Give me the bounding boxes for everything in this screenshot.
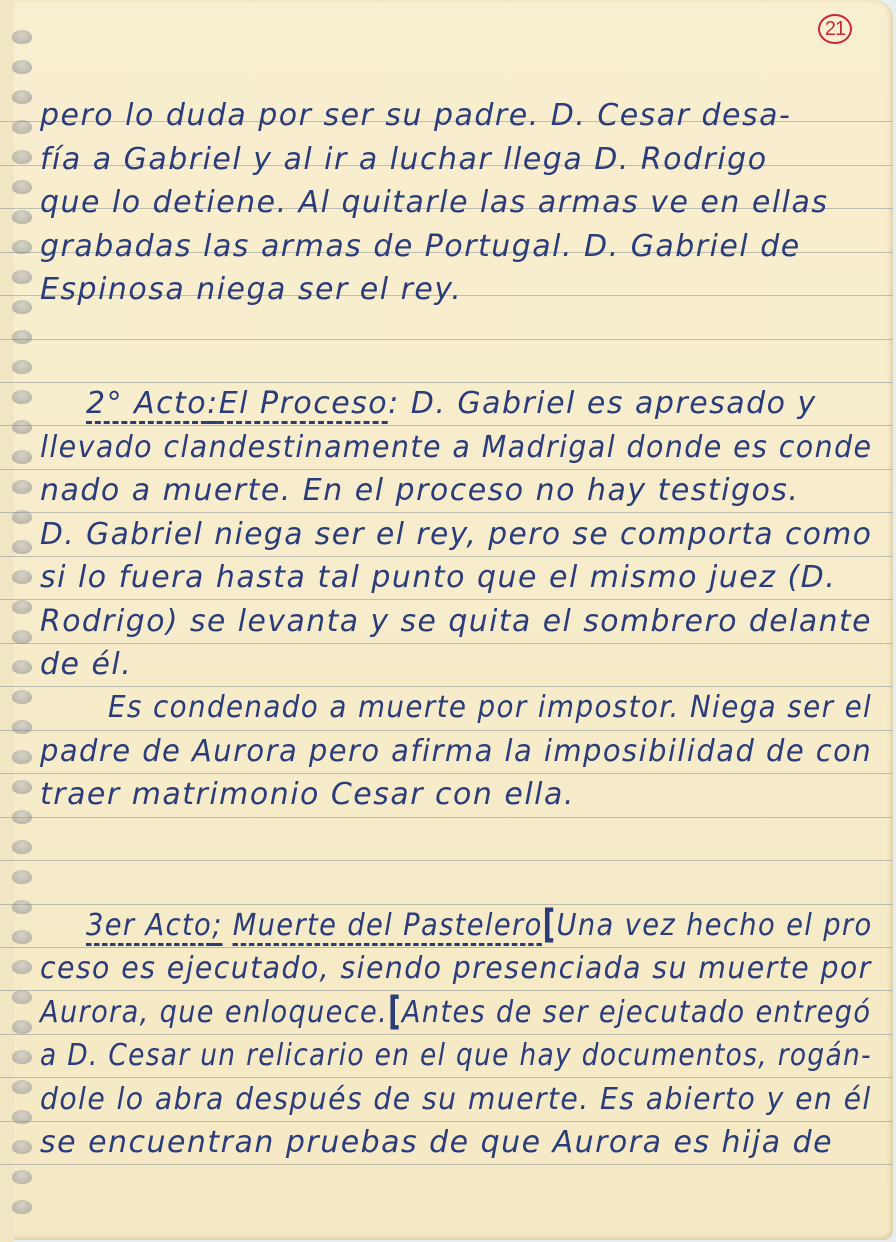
notebook-page: 21 pero lo duda por ser su padre. D. Ces… <box>0 0 893 1240</box>
hole <box>12 450 32 464</box>
text-line: si lo fuera hasta tal punto que el mismo… <box>40 558 872 598</box>
text-line: nado a muerte. En el proceso no hay test… <box>40 471 872 511</box>
act2-text: D. Gabriel es apresado y <box>400 386 817 421</box>
text-line: ceso es ejecutado, siendo presenciada su… <box>40 949 827 989</box>
hole <box>12 1080 32 1094</box>
hole <box>12 240 32 254</box>
text-line: grabadas las armas de Portugal. D. Gabri… <box>40 227 872 267</box>
hole <box>12 930 32 944</box>
hole <box>12 540 32 554</box>
act3-text: Una vez hecho el pro <box>557 908 873 943</box>
act2-title: El Proceso <box>219 386 388 421</box>
hole <box>12 510 32 524</box>
hole <box>12 570 32 584</box>
hole <box>12 690 32 704</box>
act3-label: 3er Acto <box>86 908 212 943</box>
act3-sep: ; <box>212 908 223 943</box>
hole <box>12 390 32 404</box>
hole <box>12 480 32 494</box>
page-number: 21 <box>818 14 852 44</box>
act2-sep2: : <box>388 386 400 421</box>
aurora-line: Aurora, que enloquece.[Antes de ser ejec… <box>40 993 795 1033</box>
text-line: fía a Gabriel y al ir a luchar llega D. … <box>40 140 872 180</box>
hole <box>12 30 32 44</box>
hole <box>12 1200 32 1214</box>
hole <box>12 1110 32 1124</box>
hole <box>12 300 32 314</box>
text-line: Espinosa niega ser el rey. <box>40 270 872 310</box>
hole <box>12 60 32 74</box>
hole <box>12 150 32 164</box>
hole <box>12 1170 32 1184</box>
hole <box>12 330 32 344</box>
aurora-after: Antes de ser ejecutado entregó <box>402 995 871 1030</box>
hole <box>12 750 32 764</box>
hole <box>12 840 32 854</box>
hole <box>12 780 32 794</box>
hole <box>12 960 32 974</box>
hole <box>12 210 32 224</box>
hole <box>12 810 32 824</box>
text-line: dole lo abra después de su muerte. Es ab… <box>40 1080 825 1120</box>
act3-title: Muerte del Pastelero <box>233 908 543 943</box>
aurora-before: Aurora, que enloquece. <box>40 995 388 1030</box>
hole <box>12 360 32 374</box>
hole <box>12 630 32 644</box>
text-line: Es condenado a muerte por impostor. Nieg… <box>108 688 816 728</box>
hole <box>12 90 32 104</box>
text-line: Rodrigo) se levanta y se quita el sombre… <box>40 602 867 642</box>
text-line: de él. <box>40 645 872 685</box>
hole <box>12 180 32 194</box>
hole <box>12 900 32 914</box>
hole <box>12 870 32 884</box>
text-line: se encuentran pruebas de que Aurora es h… <box>40 1123 872 1163</box>
text-line: traer matrimonio Cesar con ella. <box>40 775 872 815</box>
hole <box>12 660 32 674</box>
text-line: a D. Cesar un relicario en el que hay do… <box>40 1036 774 1076</box>
spiral-holes <box>12 30 34 1230</box>
text-line: que lo detiene. Al quitarle las armas ve… <box>40 183 872 223</box>
text-line: pero lo duda por ser su padre. D. Cesar … <box>40 96 872 136</box>
act2-heading-line: 2° Acto:El Proceso: D. Gabriel es apresa… <box>86 384 872 424</box>
hole <box>12 1140 32 1154</box>
act2-sep: : <box>207 386 219 421</box>
hole <box>12 720 32 734</box>
text-line: padre de Aurora pero afirma la imposibil… <box>40 732 845 772</box>
hole <box>12 990 32 1004</box>
act3-heading-line: 3er Acto; Muerte del Pastelero[Una vez h… <box>86 906 802 946</box>
hole <box>12 420 32 434</box>
act2-label: 2° Acto <box>86 386 207 421</box>
hole <box>12 120 32 134</box>
bracket-mark: [ <box>388 987 402 1039</box>
hole <box>12 270 32 284</box>
bracket-mark: [ <box>543 900 557 952</box>
text-line: llevado clandestinamente a Madrigal dond… <box>40 428 830 468</box>
hole <box>12 1020 32 1034</box>
hole <box>12 600 32 614</box>
hole <box>12 1050 32 1064</box>
text-line: D. Gabriel niega ser el rey, pero se com… <box>40 515 863 555</box>
